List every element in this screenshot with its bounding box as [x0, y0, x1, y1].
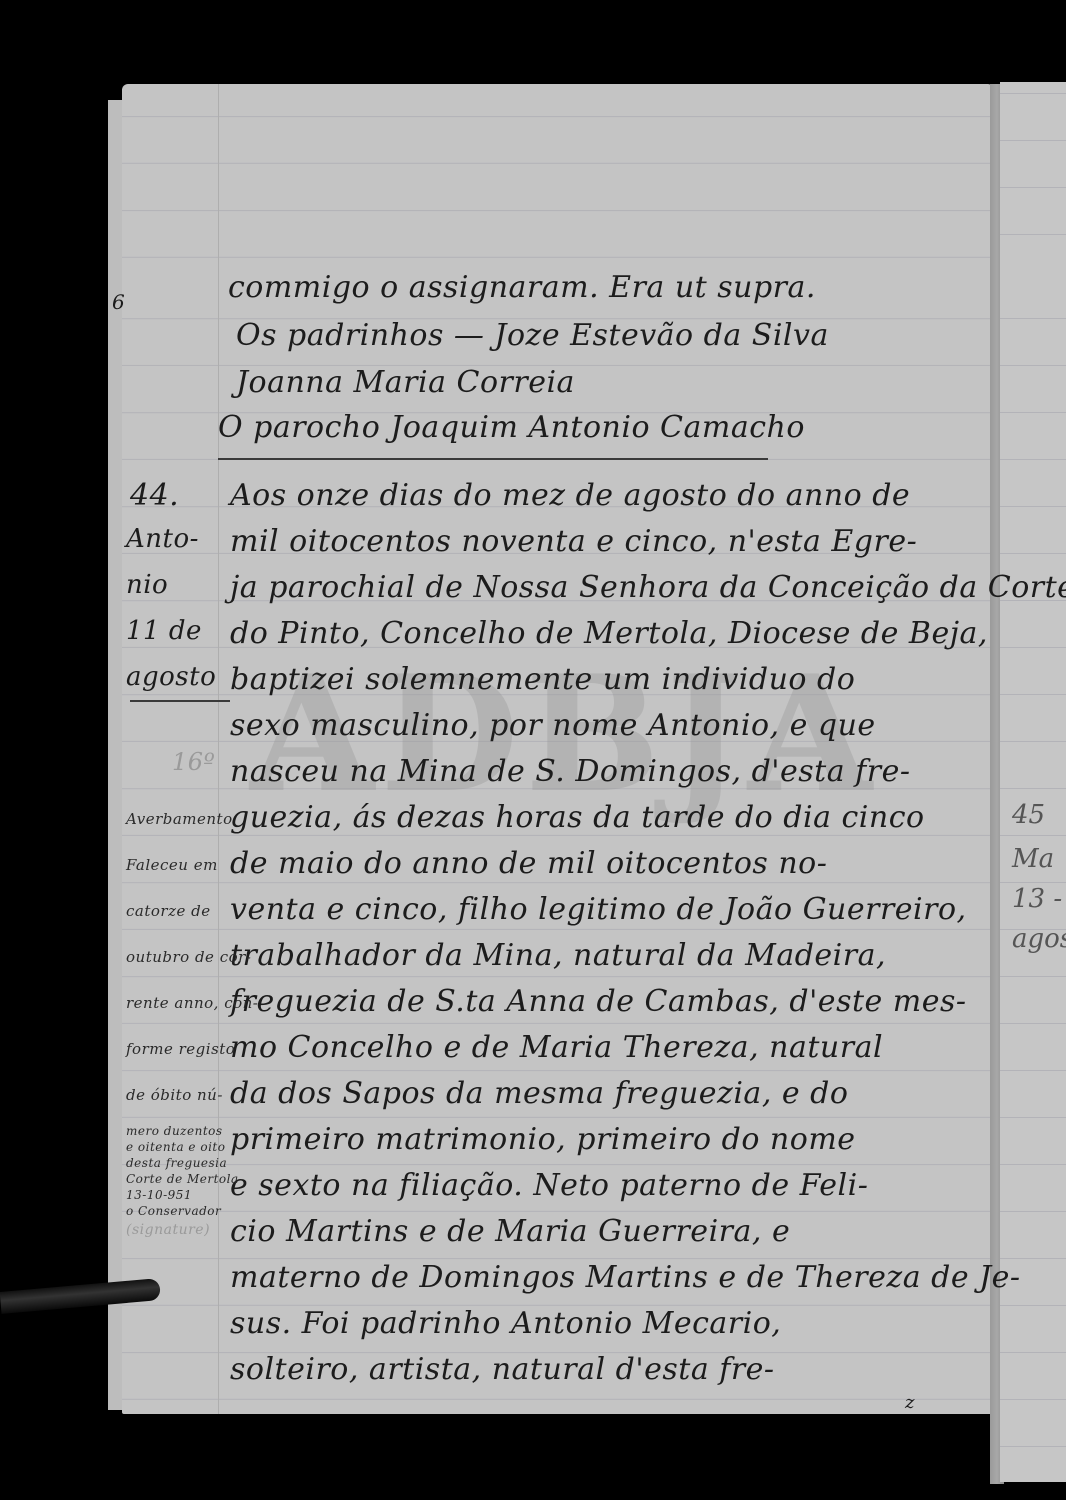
conservator-signature: (signature) [126, 1222, 210, 1238]
entry-line: cio Martins e de Maria Guerreira, e [230, 1214, 790, 1249]
entry-line: venta e cinco, filho legitimo de João Gu… [230, 892, 967, 927]
annotation-line: Faleceu em [126, 856, 218, 874]
margin-label-4: agosto [126, 662, 216, 692]
margin-label-1: Anto- [126, 524, 199, 554]
entry-line: solteiro, artista, natural d'esta fre- [230, 1352, 775, 1387]
annotation-date: 13-10-951 [126, 1188, 192, 1202]
entry-line: guezia, ás dezas horas da tarde do dia c… [230, 800, 925, 835]
margin-label-2: nio [126, 570, 168, 600]
annotation-line: rente anno, con- [126, 994, 258, 1012]
annotation-line: desta freguesia [126, 1156, 227, 1170]
annotation-line: Corte de Mertola [126, 1172, 239, 1186]
parish-priest-signature: O parocho Joaquim Antonio Camacho [218, 410, 805, 445]
annotation-line: outubro de cor- [126, 948, 251, 966]
margin-label-underline [130, 700, 230, 702]
annotation-line: catorze de [126, 902, 211, 920]
entry-line: e sexto na filiação. Neto paterno de Fel… [230, 1168, 868, 1203]
continuation-mark: z [905, 1392, 915, 1413]
entry-line: sexo masculino, por nome Antonio, e que [230, 708, 876, 743]
closing-line-1: commigo o assignaram. Era ut supra. [228, 270, 816, 305]
annotation-line: mero duzentos [126, 1124, 223, 1138]
entry-line: de maio do anno de mil oitocentos no- [230, 846, 827, 881]
entry-line: ja parochial de Nossa Senhora da Conceiç… [230, 570, 1066, 605]
entry-line: baptizei solemnemente um individuo do [230, 662, 855, 697]
entry-line: trabalhador da Mina, natural da Madeira, [230, 938, 886, 973]
margin-label-3: 11 de [126, 616, 202, 646]
entry-number: 44. [130, 478, 179, 513]
next-entry-label: agos [1012, 924, 1066, 954]
entry-line: primeiro matrimonio, primeiro do nome [230, 1122, 856, 1157]
annotation-line: o Conservador [126, 1204, 221, 1218]
next-entry-number: 45 [1012, 800, 1045, 830]
next-entry-label: 13 - [1012, 884, 1062, 914]
entry-line: nasceu na Mina de S. Domingos, d'esta fr… [230, 754, 911, 789]
closing-line-2: Os padrinhos — Joze Estevão da Silva [236, 318, 829, 353]
entry-separator [218, 458, 768, 460]
closing-line-3: Joanna Maria Correia [236, 365, 575, 400]
annotation-line: forme registo [126, 1040, 235, 1058]
entry-line: freguezia de S.ta Anna de Cambas, d'este… [230, 984, 967, 1019]
page-mark: 16º [172, 748, 215, 776]
entry-line: sus. Foi padrinho Antonio Mecario, [230, 1306, 781, 1341]
entry-line: mil oitocentos noventa e cinco, n'esta E… [230, 524, 917, 559]
entry-line: da dos Sapos da mesma freguezia, e do [230, 1076, 848, 1111]
entry-line: Aos onze dias do mez de agosto do anno d… [230, 478, 910, 513]
annotation-line: e oitenta e oito [126, 1140, 225, 1154]
annotation-line: Averbamento [126, 810, 233, 828]
entry-line: mo Concelho e de Maria Thereza, natural [230, 1030, 883, 1065]
annotation-line: de óbito nú- [126, 1086, 223, 1104]
entry-line: do Pinto, Concelho de Mertola, Diocese d… [230, 616, 988, 651]
edge-mark: 6 [112, 290, 125, 314]
entry-line: materno de Domingos Martins e de Thereza… [230, 1260, 1021, 1295]
next-entry-label: Ma [1012, 844, 1054, 874]
